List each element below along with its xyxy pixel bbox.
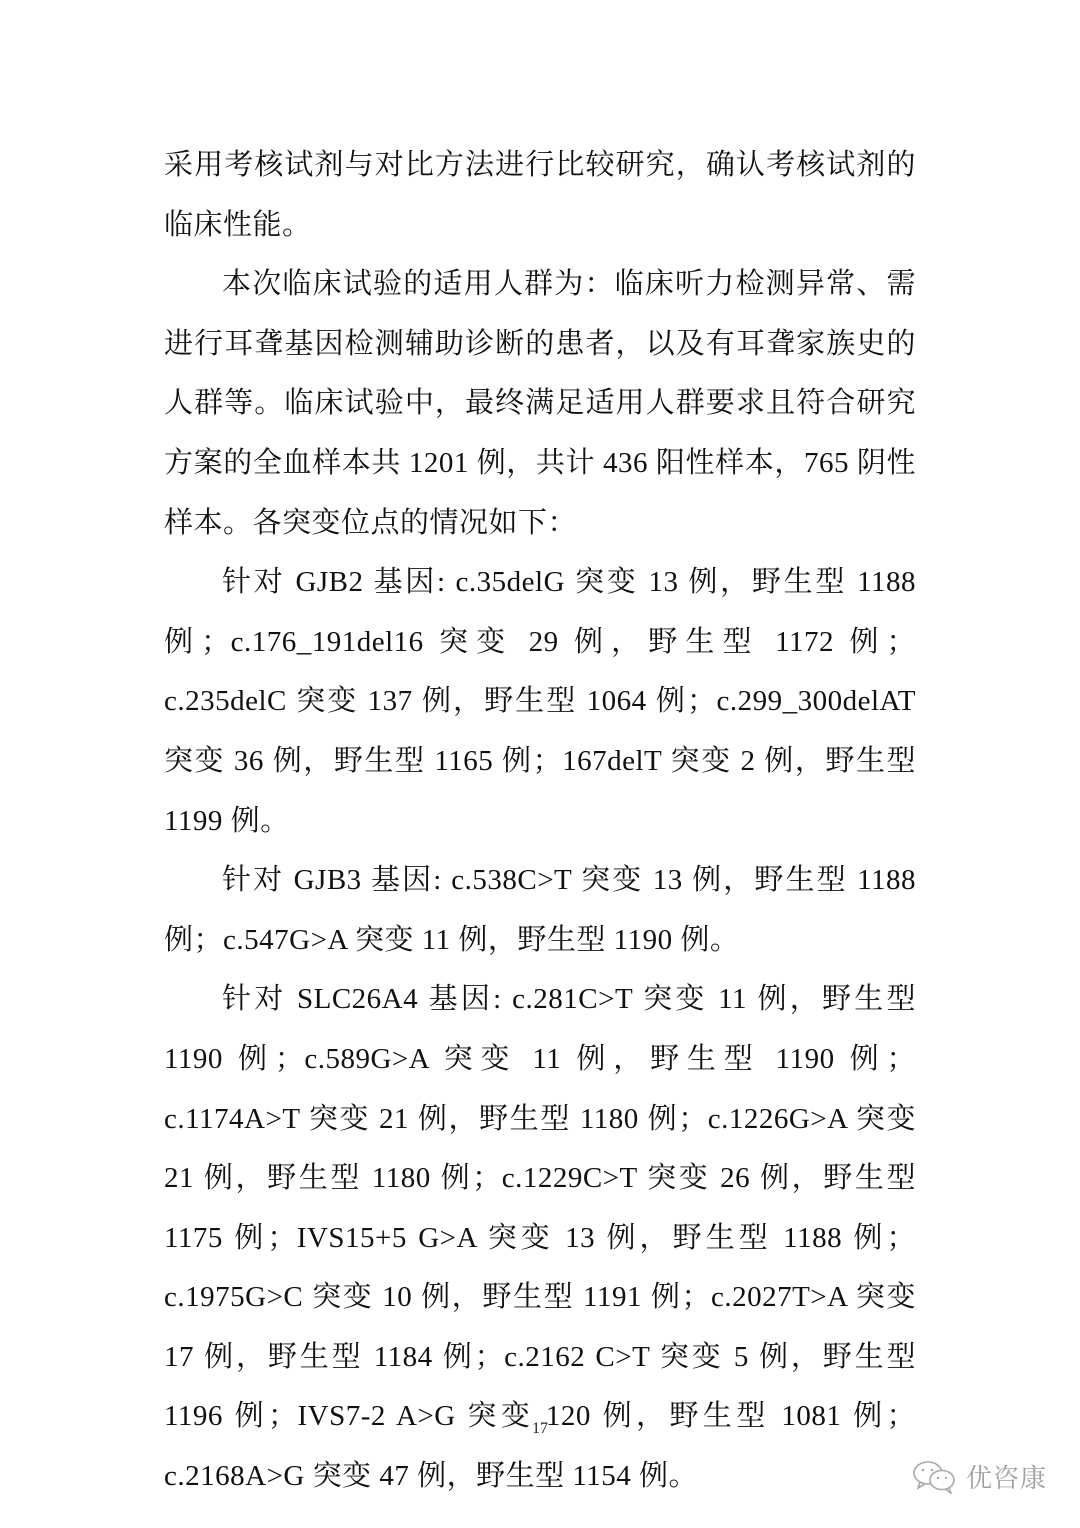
- watermark: 优咨康: [912, 1458, 1047, 1495]
- document-body: 采用考核试剂与对比方法进行比较研究，确认考核试剂的临床性能。 本次临床试验的适用…: [164, 136, 916, 1507]
- paragraph-population: 本次临床试验的适用人群为：临床听力检测异常、需进行耳聋基因检测辅助诊断的患者，以…: [164, 255, 916, 553]
- watermark-text: 优咨康: [966, 1458, 1047, 1495]
- paragraph-gjb3: 针对 GJB3 基因: c.538C>T 突变 13 例，野生型 1188 例；…: [164, 851, 916, 970]
- page-number: 17: [0, 1420, 1080, 1438]
- document-page: 采用考核试剂与对比方法进行比较研究，确认考核试剂的临床性能。 本次临床试验的适用…: [0, 0, 1080, 1528]
- wechat-icon: [912, 1460, 958, 1494]
- paragraph-intro-continued: 采用考核试剂与对比方法进行比较研究，确认考核试剂的临床性能。: [164, 136, 916, 255]
- paragraph-gjb2: 针对 GJB2 基因: c.35delG 突变 13 例，野生型 1188 例；…: [164, 553, 916, 851]
